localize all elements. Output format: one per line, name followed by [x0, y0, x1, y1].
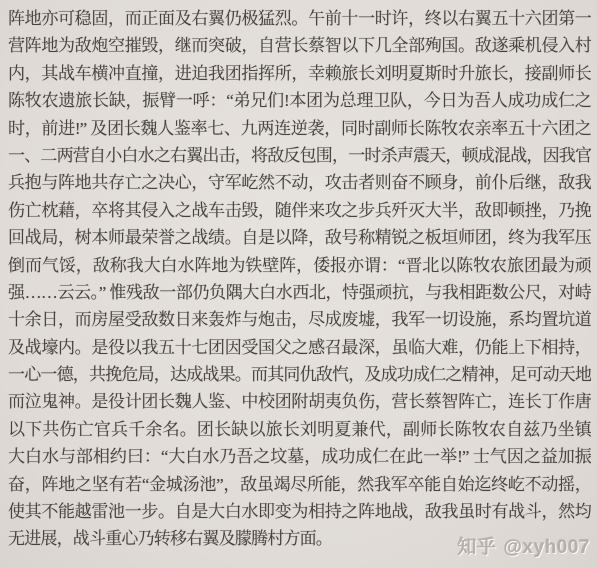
text-line: 内，其战车横冲直撞，进迫我团指挥所，幸赖旅长刘明夏斯时升旅长，接副师长: [8, 60, 591, 87]
text-line: 兵抱与阵地共存亡之决心，守军屹然不动，攻击者则奋不顾身，前仆后继，敌我: [8, 169, 591, 196]
scanned-book-page: 阵地亦可稳固，而正面及右翼仍极猛烈。午前十一时许，终以右翼五十六团第一 营阵地为…: [0, 0, 597, 568]
text-line: 陈牧农遗旅长缺，振臂一呼：“弟兄们!本团为总理卫队，今日为吾人成功成仁之: [8, 87, 591, 114]
text-line: 一、二两营自小白水之右翼出击，将敌反包围，一时杀声震天，顿成混战，因我官: [8, 142, 591, 169]
text-line: 奋，阵地之坚有若“金城汤池”，敌虽竭尽所能，然我军卒能自始迄终屹不动摇，: [8, 471, 591, 498]
zhihu-brand-text: 知乎: [458, 537, 497, 558]
text-line: 倒而气馁，敌称我大白水阵地为铁壁阵，倭报亦谓：“晋北以陈牧农旅团最为顽: [8, 252, 591, 279]
text-line: 使其不能越雷池一步。自是大白水即变为相持之阵地战，敌我虽时有战斗，然均: [8, 498, 591, 525]
text-line: 而泣鬼神。是役计团长魏人鉴、中校团附胡夷负伤，营长蔡智阵亡，连长丁作唐: [8, 388, 591, 415]
text-line: 大白水与部相约曰：“大白水乃吾之坟墓，成功成仁在此一举!” 士气因之益加振: [8, 443, 591, 470]
zhihu-watermark: 知乎@xyh007: [458, 532, 590, 559]
watermark-username: @xyh007: [504, 537, 590, 558]
text-line: 强……云云。” 惟残敌一部仍负隅大白水西北，恃强顽抗，与我相距数公尺，对峙: [8, 279, 591, 306]
text-line: 回战局，树本师最荣誉之战绩。自是以降，敌号称精锐之板垣师团，终为我军压: [8, 224, 591, 251]
text-line: 一心一德，共挽危局，达成战果。而其同仇敌忾，及成功成仁之精神，足可动天地: [8, 361, 591, 388]
text-line: 及战壕内。是役以我五十七团因受国父之感召最深，虽临大难，仍能上下相持，: [8, 334, 591, 361]
paragraph-text: 阵地亦可稳固，而正面及右翼仍极猛烈。午前十一时许，终以右翼五十六团第一 营阵地为…: [8, 5, 591, 553]
text-line: 阵地亦可稳固，而正面及右翼仍极猛烈。午前十一时许，终以右翼五十六团第一: [8, 5, 591, 32]
text-line: 以下共伤亡官兵千余名。团长缺以旅长刘明夏兼代，副师长陈牧农自兹乃坐镇: [8, 416, 591, 443]
text-line: 营阵地为敌炮空摧毁，继而突破，自营长蔡智以下几全部殉国。敌遂乘机侵入村: [8, 32, 591, 59]
text-line: 伤亡枕藉，卒将其侵入之战车击毁，随伴来攻之步兵歼灭大半，敌即顿挫，乃挽: [8, 197, 591, 224]
text-line: 十余日，而房屋受敌数日来轰炸与炮击，尽成废墟，我军一切设施，系均置坑道: [8, 306, 591, 333]
text-line: 时，前进!” 及团长魏人鉴率七、九两连逆袭，同时副师长陈牧农亲率五十六团之: [8, 115, 591, 142]
